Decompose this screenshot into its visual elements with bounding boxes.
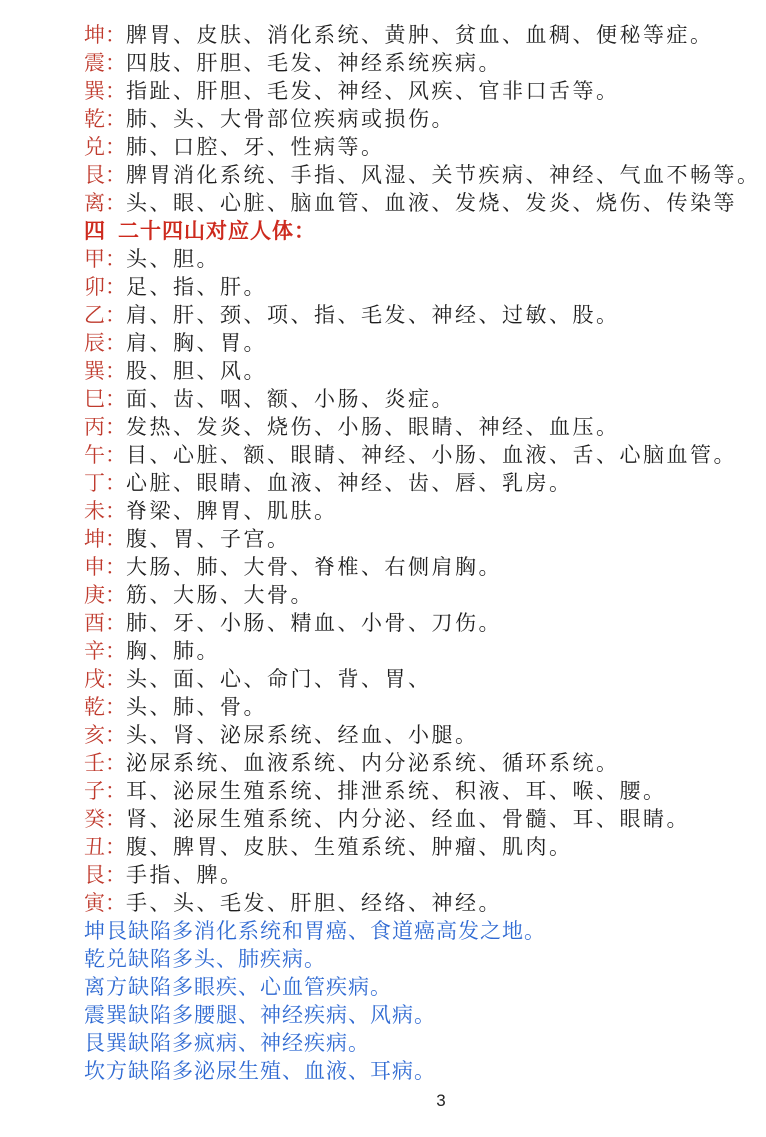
entry-line: 子：耳、泌尿生殖系统、排泄系统、积液、耳、喉、腰。 (84, 778, 766, 806)
entry-label: 巳 (84, 388, 105, 411)
entry-line: 甲：头、胆。 (84, 246, 766, 274)
entry-label: 巽 (84, 360, 105, 383)
section-heading-index: 四 (84, 220, 105, 243)
document-page: 坤：脾胃、皮肤、消化系统、黄肿、贫血、血稠、便秘等症。震：四肢、肝胆、毛发、神经… (0, 0, 766, 1137)
entry-label: 子 (84, 780, 105, 803)
entry-colon: ： (105, 444, 126, 467)
entry-label: 艮 (84, 164, 105, 187)
entry-label: 离 (84, 192, 105, 215)
entry-text: 足、指、肝。 (126, 276, 267, 299)
entry-label: 未 (84, 500, 105, 523)
entry-label: 坤 (84, 528, 105, 551)
entry-line: 离：头、眼、心脏、脑血管、血液、发烧、发炎、烧伤、传染等 (84, 190, 766, 218)
entry-label: 乾 (84, 108, 105, 131)
entry-text: 头、眼、心脏、脑血管、血液、发烧、发炎、烧伤、传染等 (126, 192, 737, 215)
entry-colon: ： (105, 780, 126, 803)
entry-line: 坤：脾胃、皮肤、消化系统、黄肿、贫血、血稠、便秘等症。 (84, 22, 766, 50)
entry-colon: ： (105, 164, 126, 187)
entry-line: 壬：泌尿系统、血液系统、内分泌系统、循环系统。 (84, 750, 766, 778)
entry-colon: ： (105, 108, 126, 131)
entry-line: 艮：脾胃消化系统、手指、风湿、关节疾病、神经、气血不畅等。 (84, 162, 766, 190)
entry-text: 肺、口腔、牙、性病等。 (126, 136, 385, 159)
entry-line: 丙：发热、发炎、烧伤、小肠、眼睛、神经、血压。 (84, 414, 766, 442)
note-line: 坎方缺陷多泌尿生殖、血液、耳病。 (84, 1058, 766, 1086)
entry-line: 酉：肺、牙、小肠、精血、小骨、刀伤。 (84, 610, 766, 638)
notes-section: 坤艮缺陷多消化系统和胃癌、食道癌高发之地。乾兑缺陷多头、肺疾病。离方缺陷多眼疾、… (84, 918, 766, 1086)
entry-text: 肺、牙、小肠、精血、小骨、刀伤。 (126, 612, 502, 635)
entry-text: 脾胃、皮肤、消化系统、黄肿、贫血、血稠、便秘等症。 (126, 24, 714, 47)
entry-colon: ： (105, 724, 126, 747)
entry-text: 筋、大肠、大骨。 (126, 584, 314, 607)
entry-text: 头、面、心、命门、背、胃、 (126, 668, 432, 691)
entry-text: 肩、肝、颈、项、指、毛发、神经、过敏、股。 (126, 304, 620, 327)
entry-line: 卯：足、指、肝。 (84, 274, 766, 302)
entry-colon: ： (105, 192, 126, 215)
entry-line: 艮：手指、脾。 (84, 862, 766, 890)
entry-text: 肺、头、大骨部位疾病或损伤。 (126, 108, 455, 131)
entry-label: 寅 (84, 892, 105, 915)
bagua-section: 坤：脾胃、皮肤、消化系统、黄肿、贫血、血稠、便秘等症。震：四肢、肝胆、毛发、神经… (84, 22, 766, 218)
entry-line: 戌：头、面、心、命门、背、胃、 (84, 666, 766, 694)
entry-line: 乙：肩、肝、颈、项、指、毛发、神经、过敏、股。 (84, 302, 766, 330)
entry-line: 坤：腹、胃、子宫。 (84, 526, 766, 554)
entry-label: 乙 (84, 304, 105, 327)
entry-colon: ： (105, 388, 126, 411)
entry-text: 肩、胸、胃。 (126, 332, 267, 355)
entry-colon: ： (105, 276, 126, 299)
entry-label: 癸 (84, 808, 105, 831)
entry-line: 辛：胸、肺。 (84, 638, 766, 666)
entry-label: 兑 (84, 136, 105, 159)
entry-colon: ： (105, 304, 126, 327)
entry-colon: ： (105, 808, 126, 831)
entry-label: 丑 (84, 836, 105, 859)
entry-colon: ： (105, 528, 126, 551)
entry-text: 头、肺、骨。 (126, 696, 267, 719)
entry-label: 申 (84, 556, 105, 579)
entry-line: 兑：肺、口腔、牙、性病等。 (84, 134, 766, 162)
entry-colon: ： (105, 892, 126, 915)
entry-label: 酉 (84, 612, 105, 635)
entry-line: 巽：股、胆、风。 (84, 358, 766, 386)
entry-colon: ： (105, 136, 126, 159)
entry-line: 癸：肾、泌尿生殖系统、内分泌、经血、骨髓、耳、眼睛。 (84, 806, 766, 834)
page-content: 坤：脾胃、皮肤、消化系统、黄肿、贫血、血稠、便秘等症。震：四肢、肝胆、毛发、神经… (0, 0, 766, 1112)
entry-label: 壬 (84, 752, 105, 775)
entry-colon: ： (105, 360, 126, 383)
entry-label: 午 (84, 444, 105, 467)
entry-line: 庚：筋、大肠、大骨。 (84, 582, 766, 610)
entry-line: 辰：肩、胸、胃。 (84, 330, 766, 358)
note-line: 乾兑缺陷多头、肺疾病。 (84, 946, 766, 974)
entry-colon: ： (105, 836, 126, 859)
entry-colon: ： (105, 612, 126, 635)
entry-label: 辰 (84, 332, 105, 355)
section-heading-title: 二十四山对应人体： (118, 220, 316, 243)
entry-text: 股、胆、风。 (126, 360, 267, 383)
entry-text: 耳、泌尿生殖系统、排泄系统、积液、耳、喉、腰。 (126, 780, 667, 803)
entry-label: 戌 (84, 668, 105, 691)
entry-text: 胸、肺。 (126, 640, 220, 663)
entry-text: 腹、胃、子宫。 (126, 528, 291, 551)
entry-text: 腹、脾胃、皮肤、生殖系统、肿瘤、肌肉。 (126, 836, 573, 859)
entry-colon: ： (105, 584, 126, 607)
entry-colon: ： (105, 80, 126, 103)
entry-text: 四肢、肝胆、毛发、神经系统疾病。 (126, 52, 502, 75)
entry-text: 脊梁、脾胃、肌肤。 (126, 500, 338, 523)
entry-line: 巳：面、齿、咽、额、小肠、炎症。 (84, 386, 766, 414)
entry-label: 辛 (84, 640, 105, 663)
entry-label: 甲 (84, 248, 105, 271)
entry-line: 乾：肺、头、大骨部位疾病或损伤。 (84, 106, 766, 134)
note-line: 离方缺陷多眼疾、心血管疾病。 (84, 974, 766, 1002)
entry-colon: ： (105, 24, 126, 47)
entry-line: 未：脊梁、脾胃、肌肤。 (84, 498, 766, 526)
entry-colon: ： (105, 668, 126, 691)
entry-line: 午：目、心脏、额、眼睛、神经、小肠、血液、舌、心脑血管。 (84, 442, 766, 470)
entry-label: 丁 (84, 472, 105, 495)
mountains-section: 甲：头、胆。卯：足、指、肝。乙：肩、肝、颈、项、指、毛发、神经、过敏、股。辰：肩… (84, 246, 766, 918)
note-line: 震巽缺陷多腰腿、神经疾病、风病。 (84, 1002, 766, 1030)
entry-text: 头、胆。 (126, 248, 220, 271)
entry-colon: ： (105, 416, 126, 439)
entry-text: 肾、泌尿生殖系统、内分泌、经血、骨髓、耳、眼睛。 (126, 808, 690, 831)
section-heading: 四二十四山对应人体： (84, 218, 766, 246)
entry-text: 手、头、毛发、肝胆、经络、神经。 (126, 892, 502, 915)
entry-colon: ： (105, 500, 126, 523)
entry-line: 申：大肠、肺、大骨、脊椎、右侧肩胸。 (84, 554, 766, 582)
entry-colon: ： (105, 752, 126, 775)
entry-label: 震 (84, 52, 105, 75)
entry-line: 寅：手、头、毛发、肝胆、经络、神经。 (84, 890, 766, 918)
entry-line: 巽：指趾、肝胆、毛发、神经、风疾、官非口舌等。 (84, 78, 766, 106)
entry-label: 亥 (84, 724, 105, 747)
entry-colon: ： (105, 640, 126, 663)
entry-line: 震：四肢、肝胆、毛发、神经系统疾病。 (84, 50, 766, 78)
entry-colon: ： (105, 696, 126, 719)
entry-text: 心脏、眼睛、血液、神经、齿、唇、乳房。 (126, 472, 573, 495)
entry-label: 坤 (84, 24, 105, 47)
entry-line: 乾：头、肺、骨。 (84, 694, 766, 722)
entry-text: 目、心脏、额、眼睛、神经、小肠、血液、舌、心脑血管。 (126, 444, 737, 467)
entry-label: 艮 (84, 864, 105, 887)
entry-colon: ： (105, 556, 126, 579)
entry-colon: ： (105, 248, 126, 271)
entry-label: 丙 (84, 416, 105, 439)
entry-colon: ： (105, 472, 126, 495)
entry-text: 手指、脾。 (126, 864, 244, 887)
entry-label: 卯 (84, 276, 105, 299)
entry-colon: ： (105, 332, 126, 355)
entry-label: 庚 (84, 584, 105, 607)
entry-colon: ： (105, 52, 126, 75)
entry-line: 亥：头、肾、泌尿系统、经血、小腿。 (84, 722, 766, 750)
note-line: 坤艮缺陷多消化系统和胃癌、食道癌高发之地。 (84, 918, 766, 946)
note-line: 艮巽缺陷多疯病、神经疾病。 (84, 1030, 766, 1058)
page-number: 3 (84, 1090, 766, 1112)
entry-text: 发热、发炎、烧伤、小肠、眼睛、神经、血压。 (126, 416, 620, 439)
entry-line: 丑：腹、脾胃、皮肤、生殖系统、肿瘤、肌肉。 (84, 834, 766, 862)
entry-label: 乾 (84, 696, 105, 719)
entry-text: 面、齿、咽、额、小肠、炎症。 (126, 388, 455, 411)
entry-text: 指趾、肝胆、毛发、神经、风疾、官非口舌等。 (126, 80, 620, 103)
entry-label: 巽 (84, 80, 105, 103)
entry-colon: ： (105, 864, 126, 887)
entry-text: 泌尿系统、血液系统、内分泌系统、循环系统。 (126, 752, 620, 775)
entry-text: 脾胃消化系统、手指、风湿、关节疾病、神经、气血不畅等。 (126, 164, 761, 187)
entry-line: 丁：心脏、眼睛、血液、神经、齿、唇、乳房。 (84, 470, 766, 498)
entry-text: 大肠、肺、大骨、脊椎、右侧肩胸。 (126, 556, 502, 579)
entry-text: 头、肾、泌尿系统、经血、小腿。 (126, 724, 479, 747)
